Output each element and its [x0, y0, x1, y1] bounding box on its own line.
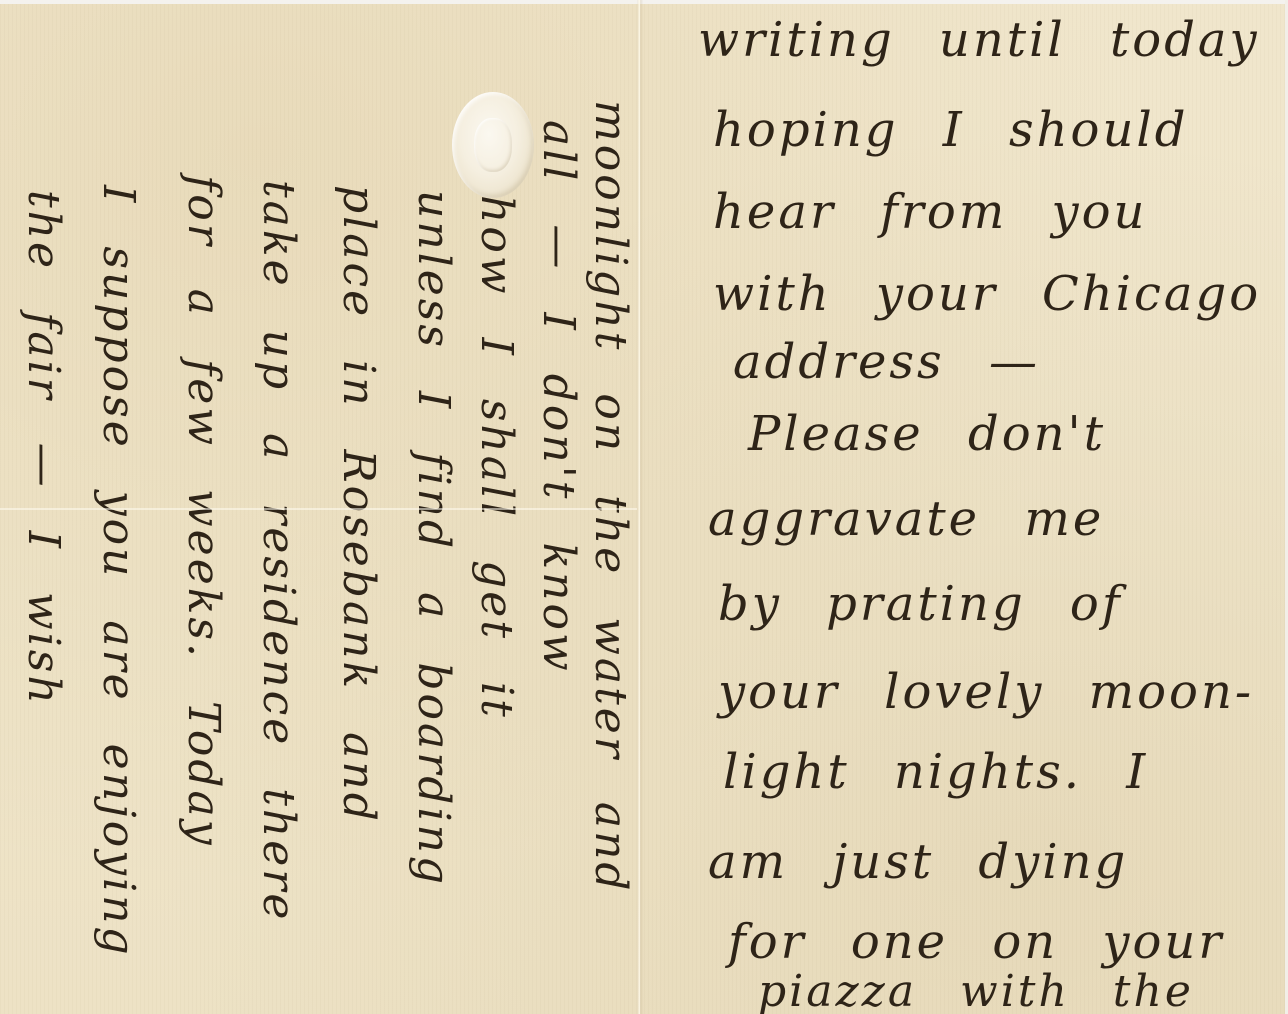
right-line-9: your lovely moon- — [718, 668, 1254, 716]
right-line-2: hoping I should — [713, 106, 1188, 154]
left-page: moonlight on the water and all — I don't… — [0, 0, 637, 1014]
right-line-1: writing until today — [698, 16, 1260, 64]
left-line-8: I suppose you are enjoying — [96, 185, 140, 958]
right-line-11: am just dying — [708, 838, 1128, 886]
right-line-13: piazza with the — [758, 970, 1194, 1014]
right-line-4: with your Chicago — [713, 270, 1261, 318]
left-line-2: all — I don't know — [536, 120, 580, 674]
left-page-text: moonlight on the water and all — I don't… — [0, 0, 637, 1014]
left-line-4: unless I find a boarding — [411, 190, 455, 887]
left-line-6: take up a residence there — [256, 180, 300, 922]
left-line-7: for a few weeks. Today — [181, 175, 225, 848]
letter-sheet: moonlight on the water and all — I don't… — [0, 0, 1288, 1014]
left-line-5: place in Rosebank and — [336, 185, 380, 824]
right-line-3: hear from you — [713, 188, 1147, 236]
right-line-12: for one on your — [728, 918, 1224, 966]
right-line-10: light nights. I — [723, 748, 1148, 796]
right-page: writing until today hoping I should hear… — [643, 0, 1288, 1014]
right-line-6: Please don't — [748, 410, 1106, 458]
right-line-5: address — — [733, 338, 1040, 386]
left-line-3: how I shall get it — [474, 195, 518, 720]
right-line-7: aggravate me — [708, 495, 1104, 543]
left-line-1: moonlight on the water and — [588, 100, 632, 894]
right-line-8: by prating of — [718, 580, 1123, 628]
left-line-9: the fair — I wish — [21, 190, 65, 707]
horizontal-crease — [0, 508, 637, 510]
